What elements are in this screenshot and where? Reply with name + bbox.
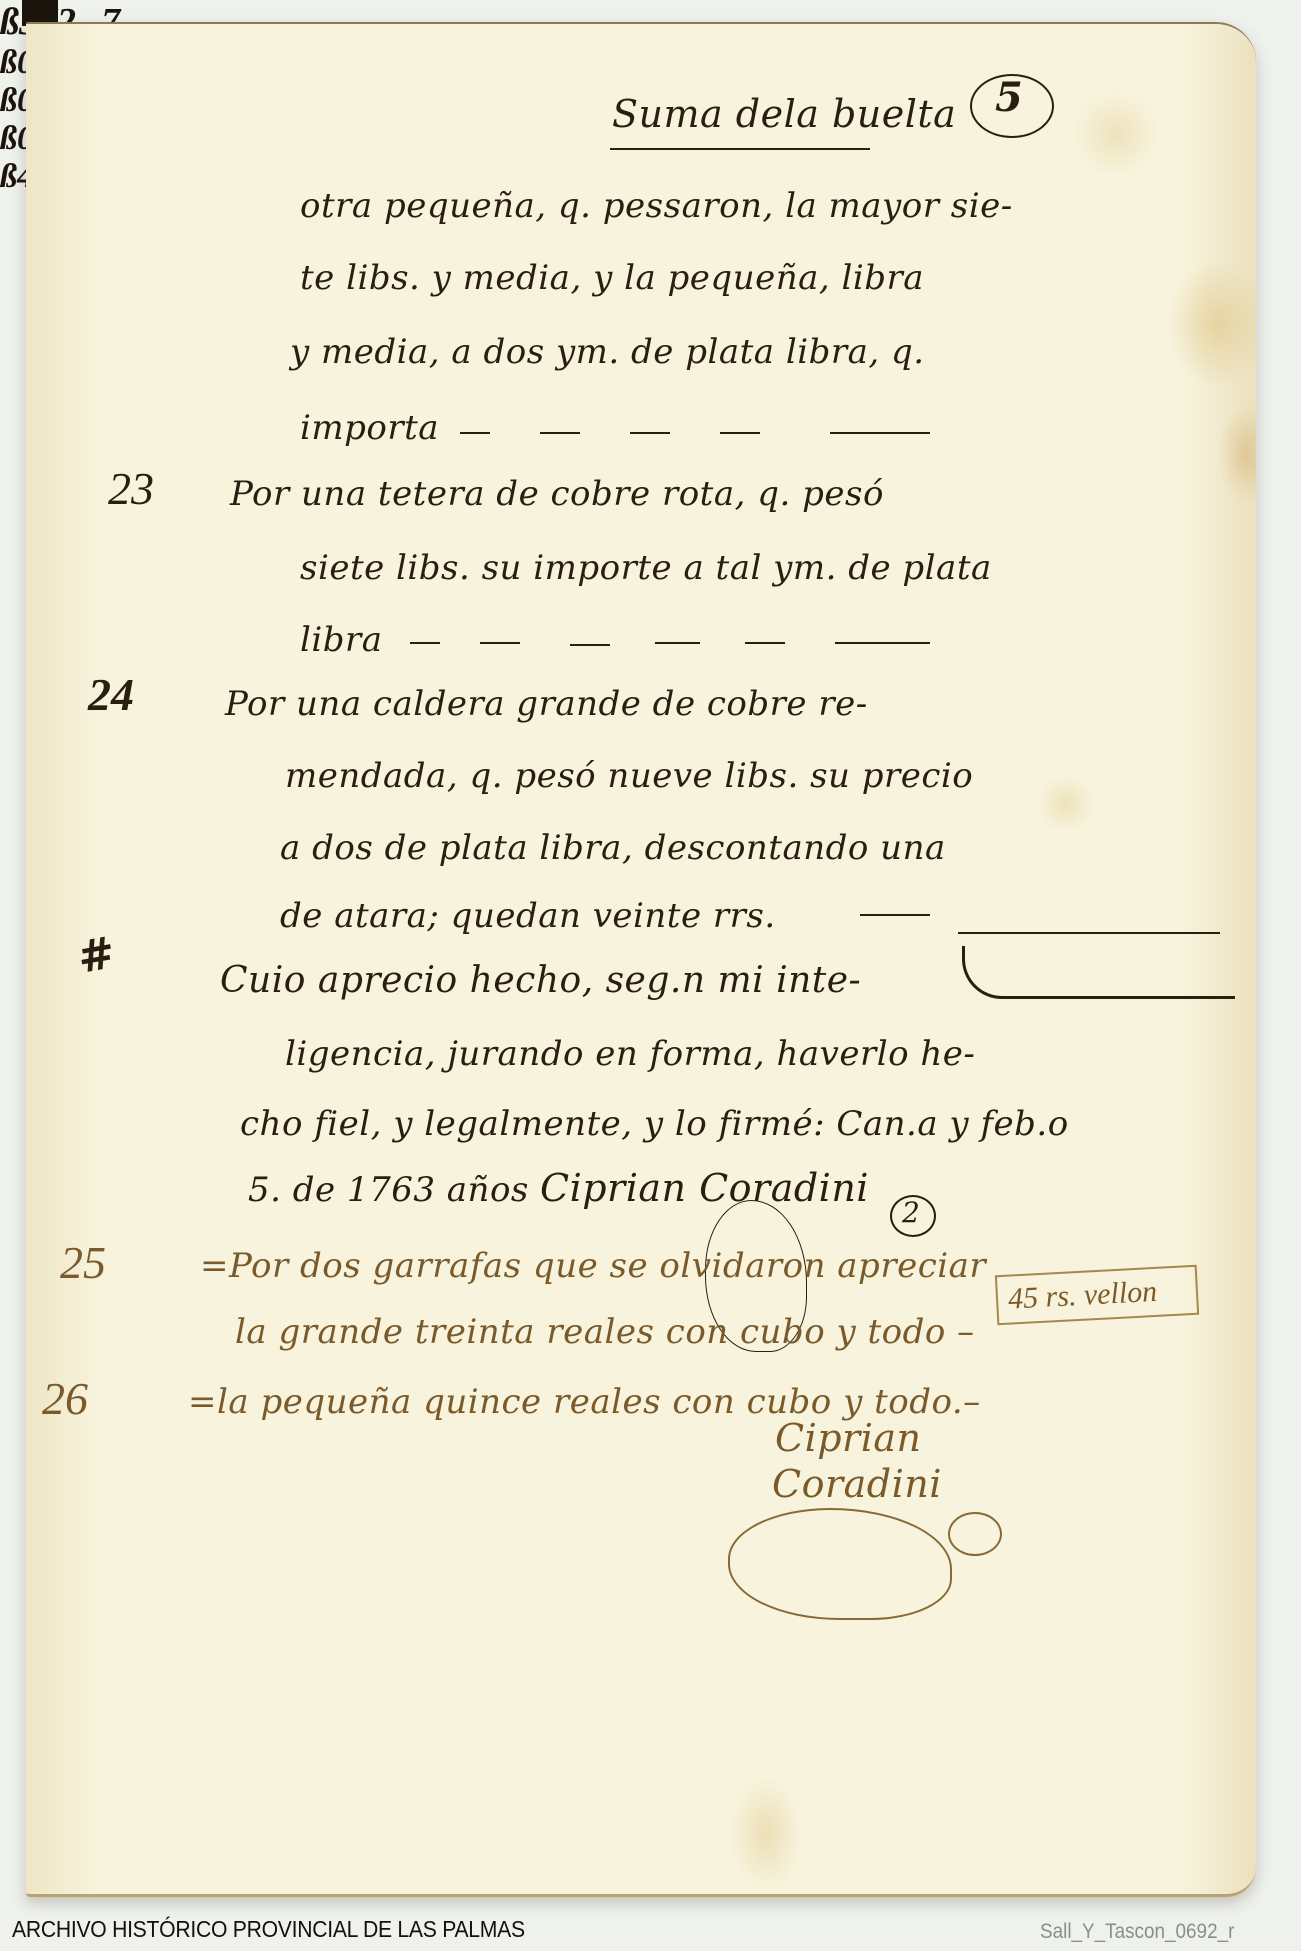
fill-dash — [540, 432, 580, 434]
addition-line: la grande treinta reales con cubo y todo… — [235, 1312, 975, 1352]
fill-dash — [720, 432, 760, 434]
entry-line: de atara; quedan veinte rrs. — [280, 896, 776, 936]
entry-line: y media, a dos ym. de plata libra, q. — [290, 332, 925, 372]
entry-line: otra pequeña, q. pessaron, la mayor sie- — [300, 186, 1013, 226]
final-signature-line: Coradini — [772, 1462, 942, 1506]
circled-number: 2 — [902, 1196, 920, 1229]
header-label: Suma dela buelta — [612, 92, 956, 136]
final-signature-line: Ciprian — [775, 1416, 922, 1460]
boxed-total-note: 45 rs. vellon — [995, 1265, 1199, 1326]
fill-dash — [655, 642, 700, 644]
folio-mark: 5 — [995, 74, 1023, 121]
fill-dash — [835, 642, 930, 644]
total-bracket — [962, 946, 1235, 999]
entry-line: libra — [300, 620, 383, 660]
entry-line: Por una caldera grande de cobre re- — [225, 684, 868, 724]
entry-number: 25 — [60, 1236, 106, 1289]
closing-line: cho fiel, y legalmente, y lo firmé: Can.… — [240, 1104, 1069, 1144]
archive-label: ARCHIVO HISTÓRICO PROVINCIAL DE LAS PALM… — [12, 1916, 525, 1943]
fill-dash — [630, 432, 670, 434]
entry-number: 26 — [42, 1372, 88, 1425]
entry-line: siete libs. su importe a tal ym. de plat… — [300, 548, 992, 588]
entry-number: 23 — [108, 462, 154, 515]
fill-dash — [860, 914, 930, 916]
fill-dash — [830, 432, 930, 434]
fill-dash — [460, 432, 490, 434]
fill-dash — [410, 642, 440, 644]
header-underline — [610, 148, 870, 150]
closing-line: 5. de 1763 años — [248, 1170, 529, 1210]
signature-knot — [948, 1512, 1002, 1556]
total-rule — [958, 932, 1220, 934]
fill-dash — [745, 642, 785, 644]
entry-line: a dos de plata libra, descontando una — [280, 828, 946, 868]
entry-number: 24 — [88, 668, 134, 721]
fill-dash — [570, 644, 610, 646]
reference-code: Sall_Y_Tascon_0692_r — [1040, 1920, 1234, 1944]
entry-line: importa — [300, 408, 439, 448]
closing-line: Cuio aprecio hecho, seg.n mi inte- — [220, 960, 861, 1001]
entry-line: te libs. y media, y la pequeña, libra — [300, 258, 924, 298]
closing-line: ligencia, jurando en forma, haverlo he- — [285, 1034, 975, 1074]
entry-line: Por una tetera de cobre rota, q. pesó — [230, 474, 884, 514]
signature: Ciprian Coradini — [540, 1166, 869, 1210]
addition-line: =Por dos garrafas que se olvidaron aprec… — [200, 1246, 986, 1286]
entry-line: mendada, q. pesó nueve libs. su precio — [285, 756, 973, 796]
fill-dash — [480, 642, 520, 644]
